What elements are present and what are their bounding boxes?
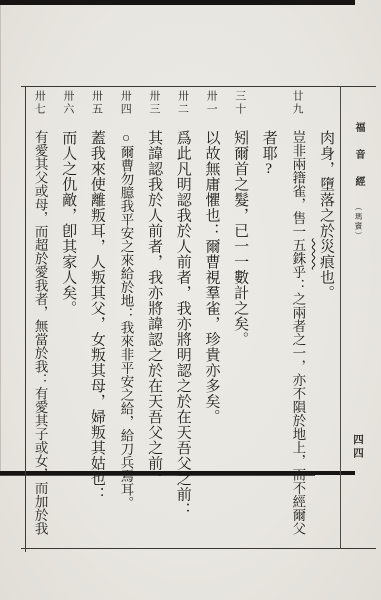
text-column-3: 者耶? xyxy=(254,130,283,550)
column-text: 肉身，墮落之於災痕也。 xyxy=(311,130,340,550)
verse-number-cell-9: 卅五 xyxy=(82,90,111,126)
verse-number: 卅一 xyxy=(205,90,217,116)
column-text: 爲此凡明認我於人前者，我亦將明認之於在天吾父之前： xyxy=(168,130,197,550)
verse-number: 廿九 xyxy=(291,90,303,116)
verse-number-cell-10: 卅六 xyxy=(54,90,83,126)
text-column-1: 肉身，墮落之於災痕也。 xyxy=(311,130,340,550)
text-body: 肉身，墮落之於災痕也。豈非兩簎雀，售一五銖乎：之兩者之一，亦不隕於地上，而不經爾… xyxy=(25,130,340,550)
verse-number-cell-5: 卅一 xyxy=(197,90,226,126)
text-column-7: 其諱認我於人前者，我亦將諱認之於在天吾父之前。 xyxy=(140,130,169,550)
column-text: 而人之仇敵，卽其家人矣。 xyxy=(54,130,83,550)
column-text: 其諱認我於人前者，我亦將諱認之於在天吾父之前。 xyxy=(140,130,169,550)
running-title-main: 福音經 xyxy=(353,122,364,203)
page-number: 四四 xyxy=(350,434,365,461)
verse-number-cell-8: 卅四 xyxy=(111,90,140,126)
column-text: 者耶? xyxy=(254,130,283,550)
verse-number: 卅七 xyxy=(33,90,45,116)
column-text: 有愛其父或母，而超於愛我者，無當於我：有愛其子或女，而加於我 xyxy=(25,130,54,550)
running-title-volume: （瑪竇） xyxy=(354,203,363,241)
text-column-11: 有愛其父或母，而超於愛我者，無當於我：有愛其子或女，而加於我 xyxy=(25,130,54,550)
verse-number: 卅二 xyxy=(176,90,188,116)
verse-number: 卅六 xyxy=(62,90,74,116)
text-column-9: 蓋我來使離叛耳，人叛其父，女叛其母，婦叛其姑也： xyxy=(82,130,111,550)
column-text: 豈非兩簎雀，售一五銖乎：之兩者之一，亦不隕於地上，而不經爾父 xyxy=(283,130,312,550)
text-column-5: 以故無庸懼也：爾曹視羣雀，珍貴亦多矣。 xyxy=(197,130,226,550)
verse-number: 卅四 xyxy=(119,90,131,116)
verse-number-cell-4: 三十 xyxy=(225,90,254,126)
margin-strip: 福音經（瑪竇） 四四 xyxy=(341,87,373,548)
verse-number-cell-6: 卅二 xyxy=(168,90,197,126)
text-column-8: ○爾曹勿臆我平安之來給於地：我來非平安之給，給刀兵焉耳。 xyxy=(111,130,140,550)
verse-number: 卅五 xyxy=(91,90,103,116)
book-page: 福音經（瑪竇） 四四 廿九三十卅一卅二卅三卅四卅五卅六卅七 肉身，墮落之於災痕也… xyxy=(0,0,381,600)
frame-top-thin-rule xyxy=(21,86,376,87)
text-column-10: 而人之仇敵，卽其家人矣。 xyxy=(54,130,83,550)
column-text: 矧爾首之髮，已一一數計之矣。 xyxy=(225,130,254,550)
verse-number-cell-2: 廿九 xyxy=(283,90,312,126)
verse-number-cell-7: 卅三 xyxy=(140,90,169,126)
proper-noun-mark: 災痕 xyxy=(318,239,334,270)
frame-right-rule xyxy=(0,5,1,471)
verse-number-cell-1 xyxy=(311,90,340,126)
verse-number-cell-11: 卅七 xyxy=(25,90,54,126)
text-column-2: 豈非兩簎雀，售一五銖乎：之兩者之一，亦不隕於地上，而不經爾父 xyxy=(283,130,312,550)
verse-number: 三十 xyxy=(234,90,246,116)
column-text: 以故無庸懼也：爾曹視羣雀，珍貴亦多矣。 xyxy=(197,130,226,550)
verse-number-row: 廿九三十卅一卅二卅三卅四卅五卅六卅七 xyxy=(25,90,340,126)
column-text: 蓋我來使離叛耳，人叛其父，女叛其母，婦叛其姑也： xyxy=(82,130,111,550)
text-column-4: 矧爾首之髮，已一一數計之矣。 xyxy=(225,130,254,550)
verse-number-cell-3 xyxy=(254,90,283,126)
verse-number: 卅三 xyxy=(148,90,160,116)
running-title: 福音經（瑪竇） xyxy=(349,122,367,241)
column-text: ○爾曹勿臆我平安之來給於地：我來非平安之給，給刀兵焉耳。 xyxy=(111,130,140,550)
text-column-6: 爲此凡明認我於人前者，我亦將明認之於在天吾父之前： xyxy=(168,130,197,550)
frame-top-thick-rule xyxy=(0,0,355,5)
